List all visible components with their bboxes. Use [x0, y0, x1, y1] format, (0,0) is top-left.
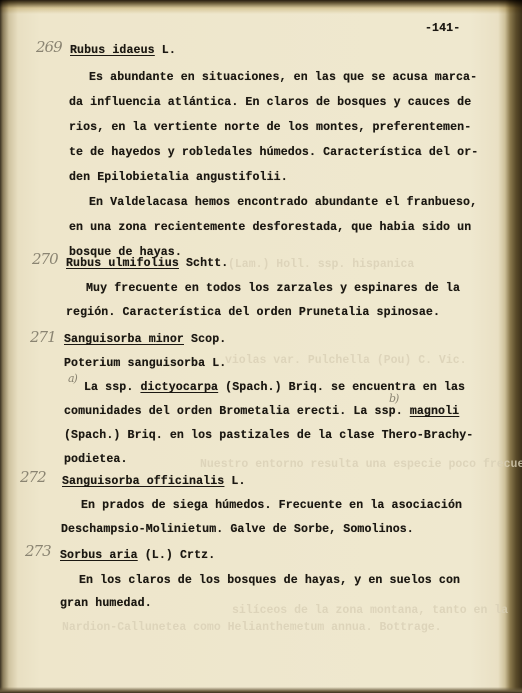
- species-heading: Sanguisorba officinalis L.: [62, 475, 246, 488]
- species-heading: Sanguisorba minor Scop.: [64, 333, 226, 346]
- body-line: En prados de siega húmedos. Frecuente en…: [81, 499, 462, 512]
- body-line: Muy frecuente en todos los zarzales y es…: [86, 282, 460, 295]
- species-author: L.: [155, 44, 176, 57]
- handwritten-entry-number: 273: [25, 542, 51, 560]
- handwritten-annotation-b: b): [389, 392, 398, 405]
- species-name: Sanguisorba officinalis: [62, 475, 224, 488]
- handwritten-entry-number: 270: [32, 250, 58, 268]
- species-heading: Rubus ulmifolius Schtt.: [66, 257, 228, 270]
- body-line: Deschampsio-Molinietum. Galve de Sorbe, …: [61, 523, 414, 536]
- text-run: La ssp.: [84, 381, 140, 394]
- species-name: Rubus ulmifolius: [66, 257, 179, 270]
- bleed-through-text: Nuestro entorno resulta una especie poco…: [200, 458, 522, 471]
- species-author: (L.) Crtz.: [138, 549, 216, 562]
- subspecies-name: dictyocarpa: [140, 381, 218, 394]
- body-line: da influencia atlántica. En claros de bo…: [69, 96, 471, 109]
- body-line: (Spach.) Briq. en los pastizales de la c…: [64, 429, 473, 442]
- bleed-through-text: (Lam.) Holl. ssp. hispanica: [228, 258, 414, 271]
- species-author: Scop.: [184, 333, 226, 346]
- body-line: Es abundante en situaciones, en las que …: [89, 71, 477, 84]
- page-number: -141-: [425, 22, 460, 35]
- handwritten-entry-number: 271: [30, 328, 56, 346]
- species-heading: Rubus idaeus L.: [70, 44, 176, 57]
- text-run: comunidades del orden Brometalia erecti.…: [64, 405, 410, 418]
- body-line: En Valdelacasa hemos encontrado abundant…: [89, 196, 477, 209]
- subspecies-name: magnoli: [410, 405, 459, 418]
- text-run: (Spach.) Briq. se encuentra en las: [218, 381, 465, 394]
- handwritten-entry-number: 269: [36, 38, 62, 56]
- species-author: L.: [224, 475, 245, 488]
- body-line: gran humedad.: [60, 597, 152, 610]
- handwritten-entry-number: 272: [20, 468, 46, 486]
- document-page: (Lam.) Holl. ssp. hispanica violas var. …: [0, 0, 522, 693]
- body-line: rios, en la vertiente norte de los monte…: [69, 121, 471, 134]
- species-heading: Sorbus aria (L.) Crtz.: [60, 549, 215, 562]
- body-line: comunidades del orden Brometalia erecti.…: [64, 405, 459, 418]
- bleed-through-text: Nardion-Callunetea como Helianthemetum a…: [62, 621, 442, 634]
- bleed-through-text: silíceos de la zona montana, tanto en la: [232, 604, 508, 617]
- body-line: den Epilobietalia angustifolii.: [69, 171, 288, 184]
- body-line: podietea.: [64, 453, 128, 466]
- species-author: Schtt.: [179, 257, 228, 270]
- body-line: La ssp. dictyocarpa (Spach.) Briq. se en…: [84, 381, 465, 394]
- species-name: Sorbus aria: [60, 549, 138, 562]
- synonym-line: Poterium sanguisorba L.: [64, 357, 226, 370]
- body-line: en una zona recientemente desforestada, …: [69, 221, 471, 234]
- handwritten-annotation-a: a): [68, 372, 77, 385]
- species-name: Rubus idaeus: [70, 44, 155, 57]
- species-name: Sanguisorba minor: [64, 333, 184, 346]
- bleed-through-text: violas var. Pulchella (Pou) C. Vic.: [225, 354, 467, 367]
- body-line: región. Característica del orden Pruneta…: [66, 306, 440, 319]
- body-line: te de hayedos y robledales húmedos. Cara…: [69, 146, 478, 159]
- body-line: En los claros de los bosques de hayas, y…: [79, 574, 460, 587]
